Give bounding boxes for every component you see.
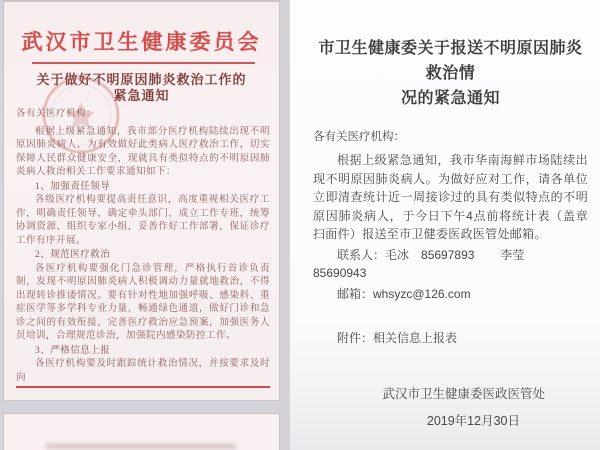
signature-date: 2019年12月30日 (313, 411, 588, 429)
right-notice-page: 市卫生健康委关于报送不明原因肺炎救治情 况的紧急通知 各有关医疗机构： 根据上级… (290, 0, 600, 450)
left-notice-title: 关于做好不明原因肺炎救治工作的 紧急通知 (32, 72, 251, 104)
left-section3-heading: 3、严格信息上报 (16, 345, 270, 359)
two-document-collage: 武汉市卫生健康委员会 关于做好不明原因肺炎救治工作的 紧急通知 各有关医疗机构：… (0, 0, 600, 450)
left-section1-heading: 1、加强责任领导 (16, 181, 270, 195)
left-document-column: 武汉市卫生健康委员会 关于做好不明原因肺炎救治工作的 紧急通知 各有关医疗机构：… (0, 0, 284, 450)
header-rule (32, 62, 255, 64)
right-notice-title: 市卫生健康委关于报送不明原因肺炎救治情 况的紧急通知 (313, 36, 588, 111)
email-line: 邮箱：whsyzc@126.com (313, 285, 588, 304)
left-section2-heading: 2、规范医疗救治 (16, 249, 270, 263)
left-salutation: 各有关医疗机构： (16, 108, 270, 122)
contact2-name: 李莹 (500, 248, 524, 262)
right-salutation: 各有关医疗机构： (313, 128, 588, 144)
left-notice-body: 各有关医疗机构： 根据上级紧急通知，我市部分医疗机构陆续出现不明原因肺炎病人，为… (16, 108, 270, 400)
issuing-agency-header: 武汉市卫生健康委员会 (4, 26, 279, 56)
contacts-line: 联系人：毛冰85697893李莹85690943 (313, 246, 588, 283)
right-body-paragraph: 根据上级紧急通知，我市华南海鲜市场陆续出现不明原因肺炎病人。为做好应对工作，请各… (313, 151, 588, 244)
blurred-text-fragment (46, 444, 236, 449)
left-intro-paragraph: 根据上级紧急通知，我市部分医疗机构陆续出现不明原因肺炎病人，为有效做好此类病人医… (16, 126, 270, 180)
email-label: 邮箱： (337, 287, 373, 301)
right-notice-title-line1: 市卫生健康委关于报送不明原因肺炎救治情 (313, 36, 588, 86)
page-cut-red-line (16, 386, 270, 388)
left-section3-paragraph: 各医疗机构要及时跟踪统计救治情况，并按要求及时向 (16, 358, 270, 385)
left-section1-paragraph: 各级医疗机构要提高责任意识，高度重视相关医疗工作，明确责任领导，确定牵头部门，成… (16, 194, 270, 248)
left-page2-fragment (3, 413, 280, 450)
email-address: whsyzc@126.com (373, 287, 471, 301)
left-notice-page: 武汉市卫生健康委员会 关于做好不明原因肺炎救治工作的 紧急通知 各有关医疗机构：… (3, 0, 280, 401)
signature-department: 武汉市卫生健康委医政医管处 (313, 384, 588, 402)
contact1-phone: 85697893 (421, 248, 474, 262)
contact1-name: 毛冰 (385, 248, 409, 262)
attachment-line: 附件：相关信息上报表 (313, 329, 588, 346)
contact2-phone: 85690943 (313, 266, 366, 280)
left-notice-title-line1: 关于做好不明原因肺炎救治工作的 (32, 72, 251, 88)
contacts-label: 联系人： (337, 248, 385, 262)
right-notice-title-line2: 况的紧急通知 (313, 86, 588, 111)
left-notice-title-line2: 紧急通知 (32, 88, 251, 104)
left-section2-paragraph: 各医疗机构要强化门急诊管理，严格执行首诊负责制，发现不明原因肺炎病人积极调动力量… (16, 263, 270, 344)
